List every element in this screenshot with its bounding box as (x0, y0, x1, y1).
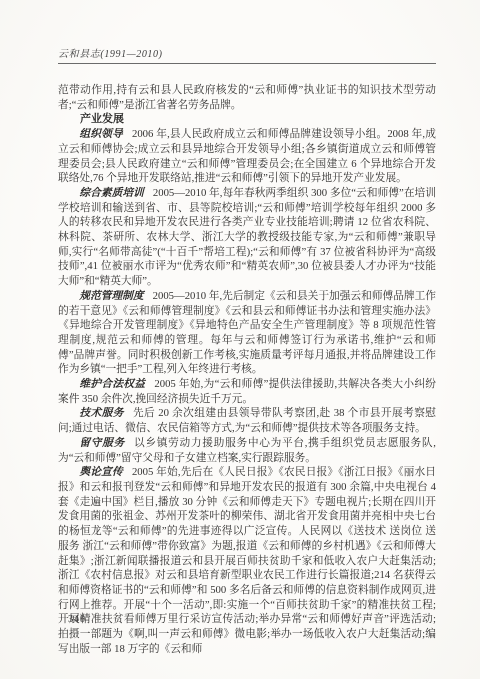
paragraph: 规范管理制度2005—2010 年,先后制定《云和县关于加强云和师傅品牌工作的若… (58, 289, 436, 377)
running-header: 云和县志(1991—2010) (58, 49, 436, 64)
paragraph: 留守服务以乡镇劳动力援助服务中心为平台,携手组织党员志愿服务队,为“云和师傅”留… (58, 436, 436, 465)
paragraph: 技术服务先后 20 余次组建由县领导带队考察团,赴 38 个市县开展考察慰问;通… (58, 406, 436, 435)
page-number: 340 (68, 614, 86, 625)
paragraph-text: 2005 年始,先后在《人民日报》《农民日报》《浙江日报》《丽水日报》和云和报刊… (58, 466, 436, 654)
paragraph-text: 2005—2010 年,每年春秋两季组织 300 多位“云和师傅”在培训学校培训… (58, 187, 436, 287)
paragraph-continuation: 范带动作用,持有云和县人民政府核发的“云和师傅”执业证书的知识技术型劳动者;“云… (58, 83, 436, 112)
paragraph-lead: 组织领导 (79, 128, 122, 140)
paragraph-lead: 维护合法权益 (79, 378, 145, 390)
paragraph: 组织领导2006 年,县人民政府成立云和师傅品牌建设领导小组。2008 年,成立… (58, 127, 436, 186)
paragraph-lead: 舆论宣传 (79, 466, 122, 478)
page-body: 范带动作用,持有云和县人民政府核发的“云和师傅”执业证书的知识技术型劳动者;“云… (58, 83, 436, 656)
book-title: 云和县志(1991—2010) (58, 49, 436, 61)
paragraph: 维护合法权益2005 年始,为“云和师傅”提供法律援助,共解决各类大小纠纷案件 … (58, 377, 436, 406)
paragraph-lead: 技术服务 (79, 407, 123, 419)
paragraph-lead: 规范管理制度 (79, 290, 143, 302)
paragraph: 综合素质培训2005—2010 年,每年春秋两季组织 300 多位“云和师傅”在… (58, 186, 436, 289)
paragraph-text: 2005—2010 年,先后制定《云和县关于加强云和师傅品牌工作的若干意见》《云… (58, 290, 436, 376)
section-heading: 产业发展 (58, 112, 436, 127)
header-rule (58, 63, 436, 64)
document-page: 云和县志(1991—2010) 范带动作用,持有云和县人民政府核发的“云和师傅”… (0, 0, 480, 679)
paragraph-lead: 留守服务 (79, 437, 125, 449)
paragraph: 舆论宣传2005 年始,先后在《人民日报》《农民日报》《浙江日报》《丽水日报》和… (58, 465, 436, 656)
paragraph-lead: 综合素质培训 (79, 187, 143, 199)
